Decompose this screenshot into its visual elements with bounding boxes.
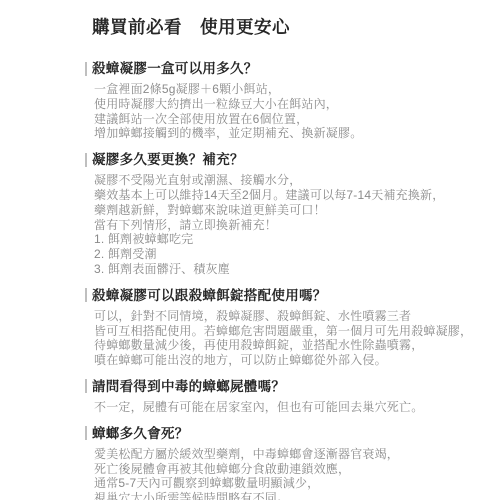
faq-answer-line: 一盒裡面2條5g凝膠＋6顆小餌站， xyxy=(92,82,480,97)
faq-answer-line: 增加蟑螂接觸到的機率，並定期補充、換新凝膠。 xyxy=(92,126,480,141)
faq-question: 凝膠多久要更換？補充？ xyxy=(85,151,480,168)
page-title: 購買前必看 使用更安心 xyxy=(92,16,480,38)
faq-sections: 殺蟑凝膠一盒可以用多久？一盒裡面2條5g凝膠＋6顆小餌站，使用時凝膠大約擠出一粒… xyxy=(92,60,480,500)
heading-accent-bar xyxy=(85,62,87,76)
faq-section: 殺蟑凝膠一盒可以用多久？一盒裡面2條5g凝膠＋6顆小餌站，使用時凝膠大約擠出一粒… xyxy=(92,60,480,141)
faq-answer-line: 通常5-7天內可觀察到蟑螂數量明顯減少， xyxy=(92,476,480,491)
faq-answer-line: 死亡後屍體會再被其他蟑螂分食啟動連鎖效應， xyxy=(92,462,480,477)
faq-question-text: 蟑螂多久會死？ xyxy=(92,425,189,442)
faq-answer-line: 藥效基本上可以維持14天至2個月。建議可以每7-14天補充換新， xyxy=(92,188,480,203)
faq-answer-line: 待蟑螂數量減少後，再使用殺蟑餌錠，並搭配水性除蟲噴霧， xyxy=(92,338,480,353)
faq-answer: 可以，針對不同情境，殺蟑凝膠、殺蟑餌錠、水性噴霧三者皆可互相搭配使用。若蟑螂危害… xyxy=(92,309,480,368)
faq-answer-line: 藥劑越新鮮，對蟑螂來說味道更鮮美可口！ xyxy=(92,203,480,218)
faq-question-text: 殺蟑凝膠可以跟殺蟑餌錠搭配使用嗎？ xyxy=(92,287,327,304)
faq-section: 殺蟑凝膠可以跟殺蟑餌錠搭配使用嗎？可以，針對不同情境，殺蟑凝膠、殺蟑餌錠、水性噴… xyxy=(92,287,480,368)
heading-accent-bar xyxy=(85,288,87,302)
faq-answer-line: 1. 餌劑被蟑螂吃完 xyxy=(92,232,480,247)
faq-answer-line: 視巢穴大小所需等候時間略有不同。 xyxy=(92,491,480,500)
faq-question-text: 凝膠多久要更換？補充？ xyxy=(92,151,244,168)
faq-answer: 一盒裡面2條5g凝膠＋6顆小餌站，使用時凝膠大約擠出一粒綠豆大小在餌站內，建議餌… xyxy=(92,82,480,141)
faq-answer-line: 凝膠不受陽光直射或潮濕、接觸水分， xyxy=(92,173,480,188)
faq-answer-line: 可以，針對不同情境，殺蟑凝膠、殺蟑餌錠、水性噴霧三者 xyxy=(92,309,480,324)
faq-answer-line: 愛美松配方屬於緩效型藥劑，中毒蟑螂會逐漸器官衰竭， xyxy=(92,447,480,462)
faq-answer: 凝膠不受陽光直射或潮濕、接觸水分，藥效基本上可以維持14天至2個月。建議可以每7… xyxy=(92,173,480,277)
faq-answer-line: 不一定，屍體有可能在居家室內，但也有可能回去巢穴死亡。 xyxy=(92,400,480,415)
faq-answer-line: 皆可互相搭配使用。若蟑螂危害問題嚴重，第一個月可先用殺蟑凝膠， xyxy=(92,324,480,339)
faq-question-text: 請問看得到中毒的蟑螂屍體嗎？ xyxy=(92,378,285,395)
faq-section: 凝膠多久要更換？補充？凝膠不受陽光直射或潮濕、接觸水分，藥效基本上可以維持14天… xyxy=(92,151,480,277)
faq-question: 蟑螂多久會死？ xyxy=(85,425,480,442)
faq-question: 殺蟑凝膠一盒可以用多久？ xyxy=(85,60,480,77)
faq-answer-line: 2. 餌劑受潮 xyxy=(92,247,480,262)
heading-accent-bar xyxy=(85,153,87,167)
faq-answer-line: 當有下列情形，請立即換新補充！ xyxy=(92,218,480,233)
faq-section: 請問看得到中毒的蟑螂屍體嗎？不一定，屍體有可能在居家室內，但也有可能回去巢穴死亡… xyxy=(92,378,480,415)
faq-answer-line: 建議餌站一次全部使用放置在6個位置， xyxy=(92,112,480,127)
heading-accent-bar xyxy=(85,379,87,393)
faq-page: 購買前必看 使用更安心 殺蟑凝膠一盒可以用多久？一盒裡面2條5g凝膠＋6顆小餌站… xyxy=(0,0,500,500)
faq-answer: 不一定，屍體有可能在居家室內，但也有可能回去巢穴死亡。 xyxy=(92,400,480,415)
faq-answer-line: 噴在蟑螂可能出沒的地方，可以防止蟑螂從外部入侵。 xyxy=(92,353,480,368)
faq-answer: 愛美松配方屬於緩效型藥劑，中毒蟑螂會逐漸器官衰竭，死亡後屍體會再被其他蟑螂分食啟… xyxy=(92,447,480,500)
faq-section: 蟑螂多久會死？愛美松配方屬於緩效型藥劑，中毒蟑螂會逐漸器官衰竭，死亡後屍體會再被… xyxy=(92,425,480,500)
faq-question-text: 殺蟑凝膠一盒可以用多久？ xyxy=(92,60,258,77)
faq-answer-line: 3. 餌劑表面髒汙、積灰塵 xyxy=(92,262,480,277)
faq-question: 請問看得到中毒的蟑螂屍體嗎？ xyxy=(85,378,480,395)
faq-answer-line: 使用時凝膠大約擠出一粒綠豆大小在餌站內， xyxy=(92,97,480,112)
heading-accent-bar xyxy=(85,426,87,440)
faq-question: 殺蟑凝膠可以跟殺蟑餌錠搭配使用嗎？ xyxy=(85,287,480,304)
